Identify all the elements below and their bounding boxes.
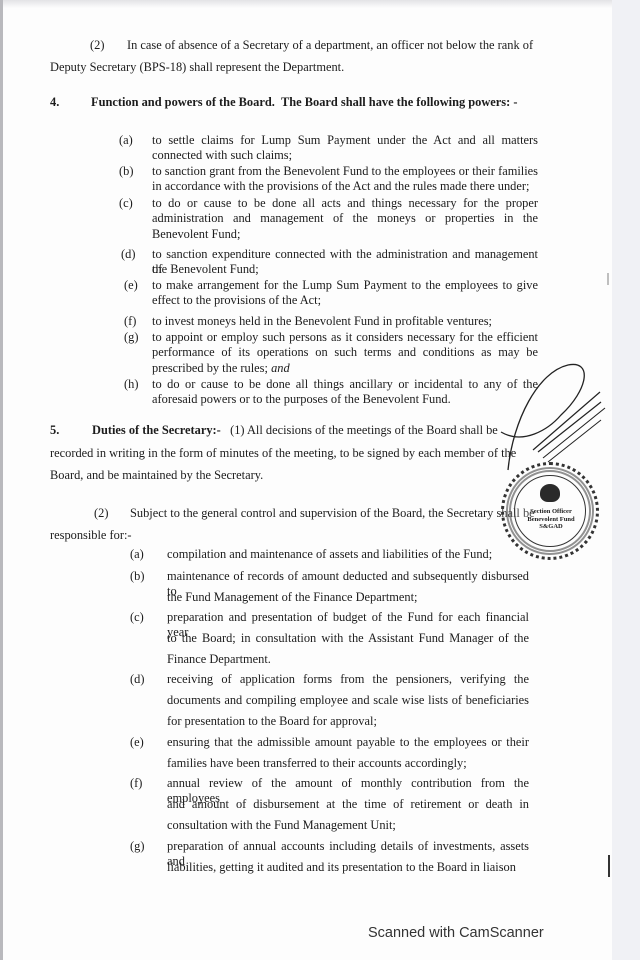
section-number: 4. — [50, 95, 59, 110]
list-item-line: liabilities, getting it audited and its … — [167, 860, 516, 874]
list-item-line: compilation and maintenance of assets an… — [167, 547, 492, 561]
list-item-text: the Fund Management of the Finance Depar… — [167, 590, 418, 605]
list-item-line: ensuring that the admissible amount paya… — [167, 735, 529, 749]
para-line: responsible for:- — [50, 528, 132, 543]
list-item-text: to invest moneys held in the Benevolent … — [152, 314, 492, 329]
list-item-line: Finance Department. — [167, 652, 271, 666]
list-item-line: consultation with the Fund Management Un… — [167, 818, 396, 832]
list-item-text: in accordance with the provisions of the… — [152, 179, 529, 194]
list-item-text: Finance Department. — [167, 652, 271, 667]
list-item-line: the Fund Management of the Finance Depar… — [167, 590, 418, 604]
list-item-label: (g) — [130, 839, 144, 854]
list-item-label: (b) — [130, 569, 144, 584]
para-line: Deputy Secretary (BPS-18) shall represen… — [50, 60, 344, 75]
scanner-watermark: Scanned with CamScanner — [368, 925, 544, 941]
list-item-line: to make arrangement for the Lump Sum Pay… — [152, 278, 538, 292]
list-item-label: (c) — [130, 610, 144, 625]
list-item-text: liabilities, getting it audited and its … — [167, 860, 516, 875]
list-item-line: to sanction grant from the Benevolent Fu… — [152, 164, 538, 178]
list-item-text: to appoint or employ such persons as it … — [152, 330, 538, 345]
page-top-shadow — [3, 0, 612, 8]
list-item-text: receiving of application forms from the … — [167, 672, 529, 687]
emblem-icon — [540, 484, 560, 502]
list-item-line: families have been transferred to their … — [167, 756, 467, 770]
list-item-text: to make arrangement for the Lump Sum Pay… — [152, 278, 538, 293]
list-item-line: performance of its operations on such te… — [152, 345, 538, 359]
list-item-text: connected with such claims; — [152, 148, 292, 163]
list-item-line: for presentation to the Board for approv… — [167, 714, 377, 728]
list-item-label: (h) — [124, 377, 138, 392]
list-item-line: the Benevolent Fund; — [152, 262, 259, 276]
list-item-text: to do or cause to be done all things anc… — [152, 377, 538, 392]
list-item-line: prescribed by the rules; — [152, 361, 268, 375]
list-item-label: (d) — [130, 672, 144, 687]
list-item-text: consultation with the Fund Management Un… — [167, 818, 396, 833]
para-line: In case of absence of a Secretary of a d… — [127, 38, 533, 53]
list-item-text: ensuring that the admissible amount paya… — [167, 735, 529, 750]
list-item-line: documents and compiling employee and sca… — [167, 693, 529, 707]
scanned-page: (2) In case of absence of a Secretary of… — [0, 0, 612, 960]
list-item-line: to the Board; in consultation with the A… — [167, 631, 529, 645]
list-item-text: to the Board; in consultation with the A… — [167, 631, 529, 646]
section5-line2: recorded in writing in the form of minut… — [50, 446, 516, 461]
section5-line1: Duties of the Secretary:- (1) All decisi… — [92, 423, 536, 438]
list-item-label: (a) — [130, 547, 144, 562]
list-item-line: to appoint or employ such persons as it … — [152, 330, 538, 344]
section-heading-title: Duties of the Secretary:- — [92, 423, 221, 437]
list-item-label: (d) — [121, 247, 135, 262]
stamp-text: Section Officer Benevolent Fund S&GAD — [521, 508, 581, 531]
list-item-text: for presentation to the Board for approv… — [167, 714, 377, 729]
section-heading-title: Function and powers of the Board. — [91, 95, 275, 109]
list-item-text: documents and compiling employee and sca… — [167, 693, 529, 708]
list-item-line: in accordance with the provisions of the… — [152, 179, 529, 193]
list-item-label: (f) — [130, 776, 142, 791]
list-item-text: Benevolent Fund; — [152, 227, 240, 242]
list-item-line: receiving of application forms from the … — [167, 672, 529, 686]
list-item-line: to settle claims for Lump Sum Payment un… — [152, 133, 538, 147]
list-item-text: to settle claims for Lump Sum Payment un… — [152, 133, 538, 148]
list-item-label: (f) — [124, 314, 136, 329]
list-item-text: administration and management of the mon… — [152, 211, 538, 226]
list-item-label: (g) — [124, 330, 138, 345]
list-item-line: aforesaid powers or to the purposes of t… — [152, 392, 451, 406]
list-item-text: to do or cause to be done all acts and t… — [152, 196, 538, 211]
list-item-line: Benevolent Fund; — [152, 227, 240, 241]
list-item-label: (a) — [119, 133, 133, 148]
section-heading: Function and powers of the Board. The Bo… — [91, 95, 517, 110]
list-item-suffix: and — [271, 361, 290, 375]
list-item-text: compilation and maintenance of assets an… — [167, 547, 492, 562]
official-stamp: Section Officer Benevolent Fund S&GAD — [501, 462, 599, 560]
list-item-text: the Benevolent Fund; — [152, 262, 259, 277]
list-item-label: (c) — [119, 196, 133, 211]
list-item-text: aforesaid powers or to the purposes of t… — [152, 392, 451, 407]
section5-text: (1) All decisions of the meetings of the… — [230, 423, 498, 437]
list-item-text: prescribed by the rules; and — [152, 361, 290, 376]
stamp-line: Section Officer — [521, 508, 581, 516]
list-item-text: and amount of disbursement at the time o… — [167, 797, 529, 812]
stamp-line: Benevolent Fund — [521, 516, 581, 524]
stamp-inner-circle: Section Officer Benevolent Fund S&GAD — [514, 475, 586, 547]
stamp-line: S&GAD — [521, 523, 581, 531]
list-item-text: families have been transferred to their … — [167, 756, 467, 771]
list-item-label: (b) — [119, 164, 133, 179]
section-heading-intro: The Board shall have the following power… — [281, 95, 517, 109]
list-item-line: effect to the provisions of the Act; — [152, 293, 321, 307]
section-number: 5. — [50, 423, 59, 438]
list-item-line: administration and management of the mon… — [152, 211, 538, 225]
list-item-line: to do or cause to be done all acts and t… — [152, 196, 538, 210]
section5-line3: Board, and be maintained by the Secretar… — [50, 468, 263, 483]
list-item-line: to do or cause to be done all things anc… — [152, 377, 538, 391]
list-item-label: (e) — [124, 278, 138, 293]
para-label: (2) — [90, 38, 104, 53]
list-item-text: performance of its operations on such te… — [152, 345, 538, 360]
list-item-text: to sanction grant from the Benevolent Fu… — [152, 164, 538, 179]
scan-edge-mark — [608, 855, 610, 877]
list-item-line: and amount of disbursement at the time o… — [167, 797, 529, 811]
list-item-label: (e) — [130, 735, 144, 750]
para-line: Subject to the general control and super… — [130, 506, 535, 521]
list-item-line: connected with such claims; — [152, 148, 292, 162]
scan-edge-mark — [607, 273, 609, 285]
list-item-line: to invest moneys held in the Benevolent … — [152, 314, 492, 328]
para-label: (2) — [94, 506, 108, 521]
list-item-text: effect to the provisions of the Act; — [152, 293, 321, 308]
